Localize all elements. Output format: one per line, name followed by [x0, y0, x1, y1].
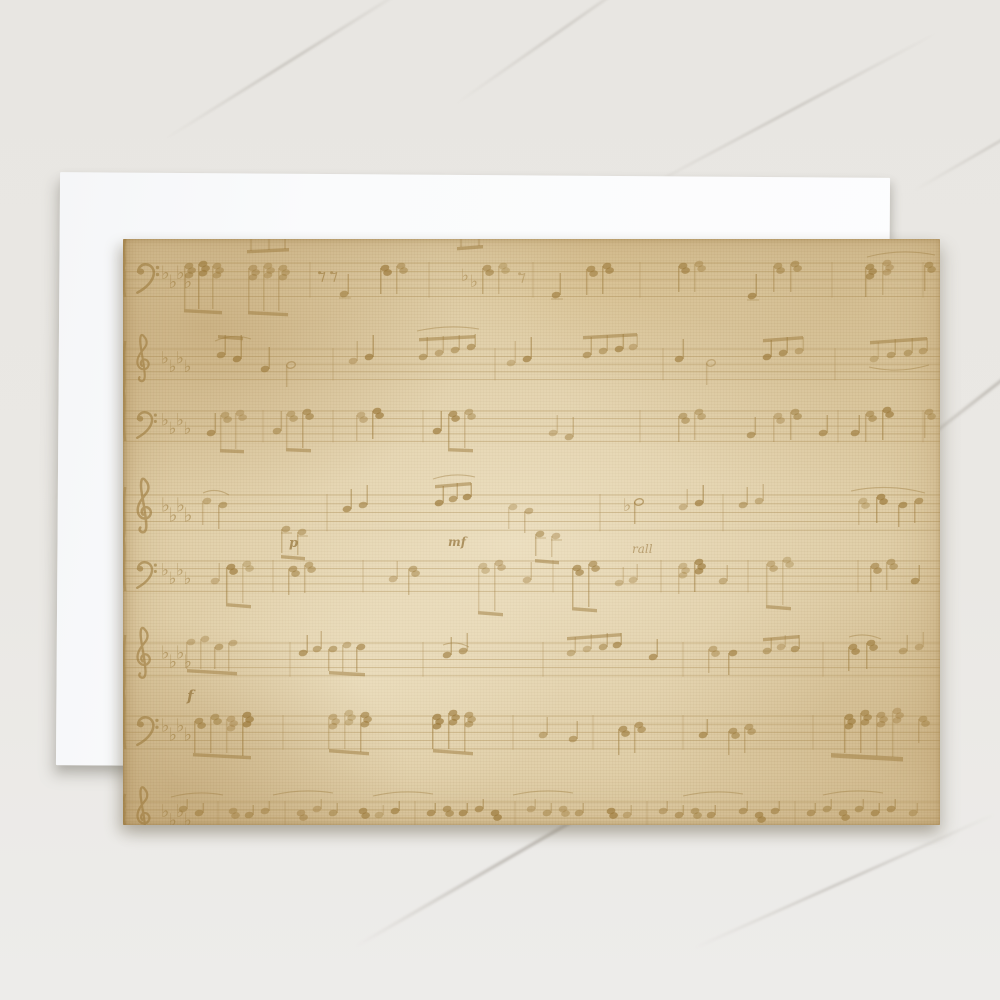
- notehead: [232, 355, 242, 363]
- beam: [286, 448, 311, 452]
- notehead: [551, 291, 561, 299]
- notehead: [598, 643, 608, 651]
- system-brace: [124, 635, 126, 749]
- notehead: [648, 653, 658, 661]
- beam: [535, 559, 559, 564]
- slur: [513, 791, 573, 795]
- beam: [766, 605, 791, 610]
- notehead: [448, 495, 458, 503]
- notehead: [886, 805, 896, 813]
- notehead: [568, 735, 578, 743]
- notehead: [548, 429, 558, 437]
- sheet-music-svg: ♭♭♭♭♭♭♭♭♭♭♭♭♭♭♭♭♭♭pmf♭rall♭♭♭♭♭♭♭♭f♭♭♭♭♭…: [123, 239, 940, 825]
- notehead: [342, 505, 352, 513]
- notehead: [522, 355, 532, 363]
- notehead: [770, 807, 780, 815]
- notehead: [526, 805, 536, 813]
- notehead: [466, 343, 476, 351]
- slur: [867, 252, 935, 257]
- dynamic-marking: f: [186, 687, 196, 705]
- notehead: [506, 359, 516, 367]
- notehead: [738, 807, 748, 815]
- treble-staff: ♭♭♭♭: [123, 787, 940, 825]
- notehead: [216, 351, 226, 359]
- beam: [435, 482, 471, 488]
- treble-staff: ♭♭♭♭: [123, 327, 940, 387]
- beam: [184, 309, 222, 314]
- notehead: [869, 355, 879, 363]
- notehead: [898, 501, 908, 509]
- accidental: ♭: [623, 496, 631, 516]
- notehead: [738, 501, 748, 509]
- slur: [683, 792, 743, 796]
- treble-staff: ♭♭♭♭f: [123, 628, 940, 705]
- slur: [373, 792, 433, 796]
- notehead: [358, 501, 368, 509]
- half-notehead: [286, 361, 296, 369]
- notehead: [356, 643, 366, 651]
- notehead: [522, 576, 532, 584]
- notehead: [297, 528, 307, 536]
- notehead: [418, 353, 428, 361]
- beam: [831, 753, 903, 762]
- system-brace: [124, 794, 126, 825]
- grand-staff-system-5: ♭♭♭♭: [123, 787, 940, 825]
- notehead: [328, 645, 338, 653]
- notehead: [434, 499, 444, 507]
- notehead: [186, 638, 196, 646]
- notehead: [442, 651, 452, 659]
- notehead: [822, 805, 832, 813]
- flat-sign: ♭: [184, 568, 192, 588]
- beam: [567, 633, 621, 640]
- half-notehead: [706, 359, 716, 367]
- notehead: [260, 807, 270, 815]
- grand-staff-system-4: ♭♭♭♭f♭♭♭♭: [123, 628, 940, 762]
- bass-staff: ♭♭♭♭: [123, 406, 940, 454]
- flat-sign: ♭: [184, 725, 193, 746]
- notehead: [582, 351, 592, 359]
- accidental: ♭: [461, 265, 469, 285]
- product-photo-stage: ♭♭♭♭♭♭♭♭♭♭♭♭♭♭♭♭♭♭pmf♭rall♭♭♭♭♭♭♭♭f♭♭♭♭♭…: [0, 0, 1000, 1000]
- tempo-marking: rall: [632, 542, 653, 556]
- beam: [187, 669, 237, 675]
- notehead: [364, 353, 374, 361]
- notehead: [728, 649, 738, 657]
- notehead: [281, 525, 291, 533]
- notehead: [658, 807, 668, 815]
- notehead: [746, 431, 756, 439]
- notehead: [390, 807, 400, 815]
- bass-staff: ♭♭♭♭: [123, 556, 940, 617]
- notehead: [903, 349, 913, 357]
- treble-staff: ♭♭♭♭pmf♭rall: [123, 475, 940, 564]
- beam: [419, 335, 475, 341]
- notehead: [214, 643, 224, 651]
- eighth-rest: [518, 272, 525, 283]
- notehead: [200, 635, 210, 643]
- treble-clef-icon: [137, 787, 149, 825]
- beam: [226, 603, 251, 608]
- notehead: [535, 530, 545, 538]
- slur: [443, 643, 469, 647]
- beam: [763, 635, 799, 641]
- notehead: [462, 493, 472, 501]
- marble-vein: [694, 813, 996, 949]
- beam: [218, 335, 243, 340]
- slur: [869, 365, 929, 370]
- flat-sign: ♭: [184, 811, 192, 825]
- notehead: [628, 576, 638, 584]
- slur: [823, 791, 883, 795]
- treble-clef-icon: [138, 628, 150, 678]
- grand-staff-system-1: ♭♭♭♭♭♭: [123, 239, 940, 316]
- beam: [329, 749, 369, 755]
- notehead: [628, 343, 638, 351]
- notehead: [598, 347, 608, 355]
- marble-vein: [162, 0, 417, 141]
- notehead: [312, 805, 322, 813]
- notehead: [918, 347, 928, 355]
- beam: [448, 448, 473, 452]
- treble-clef-icon: [137, 335, 148, 381]
- notehead: [614, 345, 624, 353]
- notehead: [762, 353, 772, 361]
- notehead: [747, 292, 757, 300]
- notehead: [206, 429, 216, 437]
- notehead: [228, 639, 238, 647]
- notehead: [582, 645, 592, 653]
- beam: [281, 555, 305, 560]
- grand-staff-system-3: ♭♭♭♭pmf♭rall♭♭♭♭: [123, 475, 940, 616]
- notehead: [850, 429, 860, 437]
- notehead: [551, 532, 561, 540]
- beam: [247, 248, 289, 253]
- notehead: [778, 349, 788, 357]
- beam: [220, 449, 244, 453]
- beam: [583, 333, 637, 339]
- notehead: [434, 349, 444, 357]
- treble-clef-icon: [138, 479, 151, 532]
- notehead: [342, 641, 352, 649]
- notehead: [312, 645, 322, 653]
- notehead: [762, 647, 772, 655]
- half-notehead: [634, 498, 644, 506]
- marble-vein: [913, 90, 1000, 191]
- notehead: [474, 805, 484, 813]
- notehead: [566, 649, 576, 657]
- marble-vein: [453, 0, 667, 106]
- slur: [417, 327, 479, 331]
- notehead: [794, 347, 804, 355]
- slur: [203, 490, 229, 495]
- notehead: [886, 351, 896, 359]
- dynamic-marking: mf: [448, 535, 468, 549]
- slur: [851, 487, 925, 493]
- notehead: [854, 805, 864, 813]
- grand-staff-system-2: ♭♭♭♭♭♭♭♭: [123, 327, 940, 453]
- beam: [572, 607, 597, 612]
- notehead: [674, 355, 684, 363]
- notehead: [776, 643, 786, 651]
- system-brace: [124, 487, 126, 591]
- beam: [763, 336, 803, 342]
- notehead: [612, 641, 622, 649]
- flat-sign: ♭: [184, 418, 192, 438]
- bass-staff: ♭♭♭♭♭♭: [123, 239, 940, 316]
- notehead: [218, 501, 228, 509]
- notehead: [898, 647, 908, 655]
- slur: [433, 475, 475, 479]
- beam: [478, 611, 503, 616]
- marble-vein: [639, 30, 940, 191]
- sheet-music-card: ♭♭♭♭♭♭♭♭♭♭♭♭♭♭♭♭♭♭pmf♭rall♭♭♭♭♭♭♭♭f♭♭♭♭♭…: [123, 239, 940, 825]
- notehead: [614, 579, 624, 587]
- notehead: [790, 645, 800, 653]
- flat-sign: ♭: [184, 356, 192, 376]
- slur: [171, 793, 223, 797]
- slur: [273, 791, 333, 795]
- beam: [248, 311, 288, 316]
- notehead: [524, 507, 534, 515]
- beam: [870, 337, 927, 344]
- notehead: [458, 647, 468, 655]
- notehead: [914, 643, 924, 651]
- notehead: [298, 649, 308, 657]
- slur: [849, 635, 881, 639]
- notehead: [694, 499, 704, 507]
- flat-sign: ♭: [184, 503, 193, 526]
- notehead: [818, 429, 828, 437]
- accidental: ♭: [470, 271, 478, 291]
- notehead: [450, 346, 460, 354]
- bass-staff: ♭♭♭♭: [123, 707, 940, 762]
- dynamic-marking: p: [289, 536, 298, 551]
- beam: [433, 749, 473, 755]
